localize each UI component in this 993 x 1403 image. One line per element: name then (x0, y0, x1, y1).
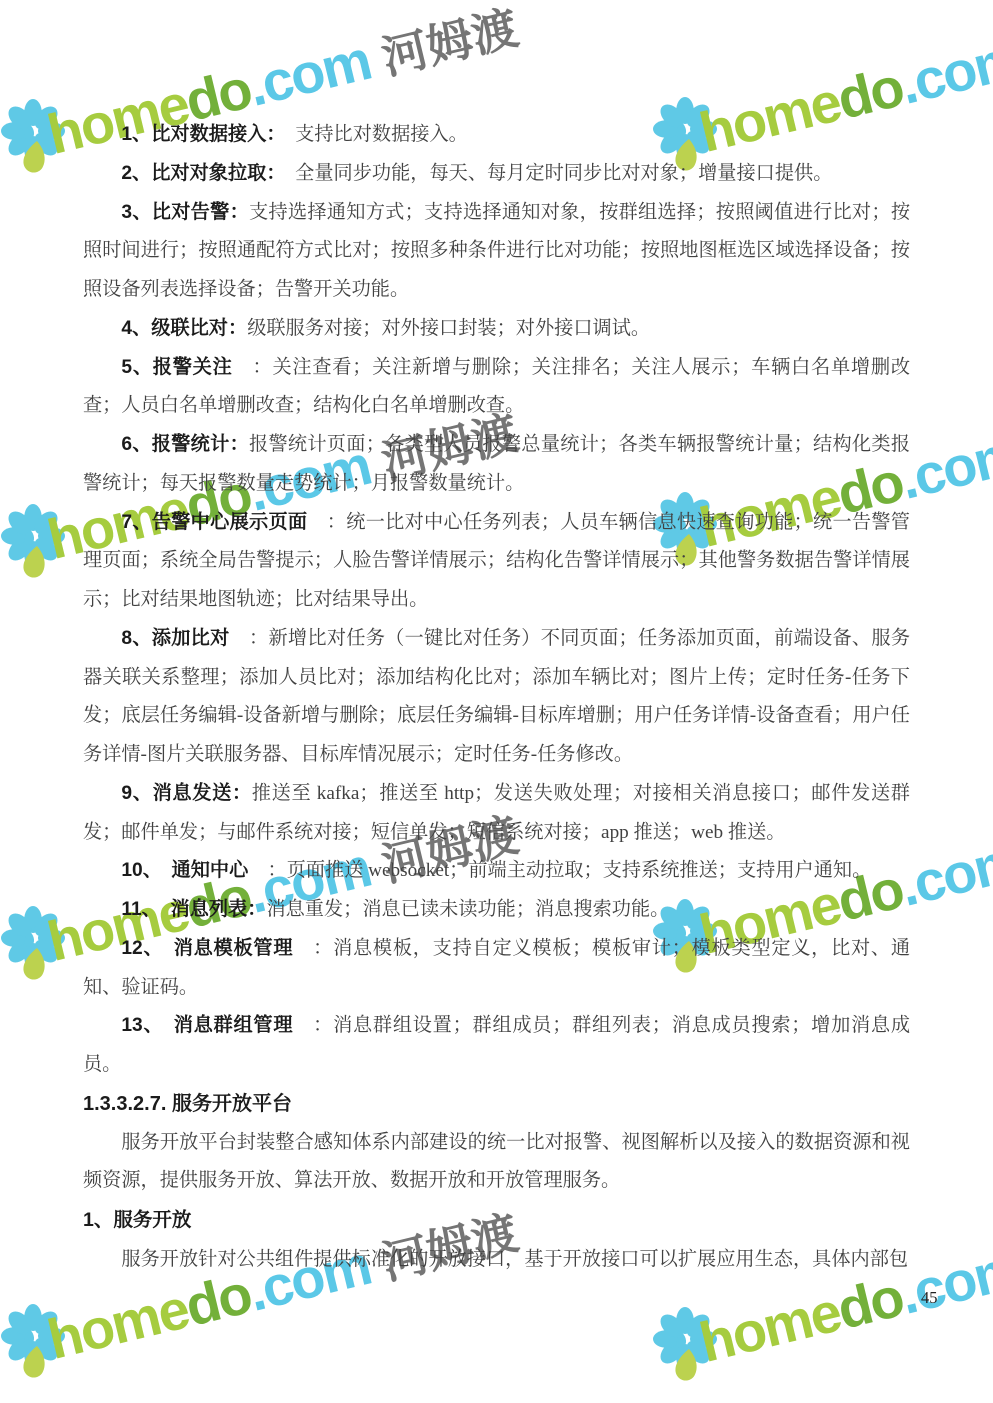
text-run: 支持比对数据接入。 (276, 124, 468, 145)
watermark-com-text: .com (894, 26, 993, 116)
bold-label: 10、 (121, 860, 152, 881)
list-item-10: 10、 通知中心 ：页面推送 websocket；前端主动拉取；支持系统推送；支… (83, 852, 910, 891)
list-item-4: 4、级联比对：级联服务对接；对外接口封装；对外接口调试。 (83, 310, 910, 349)
bold-label: 9、消息发送： (121, 783, 251, 804)
list-item-1: 1、比对数据接入： 支持比对数据接入。 (83, 116, 910, 155)
bold-label: 5、报警关注 (121, 357, 232, 378)
list-item-5: 5、报警关注 ：关注查看；关注新增与删除；关注排名；关注人展示；车辆白名单增删改… (83, 349, 910, 427)
text-run: 服务开放针对公共组件提供标准化的开放接口，基于开放接口可以扩展应用生态，具体内部… (121, 1249, 908, 1270)
bold-label: 7、告警中心展示页面 (121, 512, 307, 533)
list-item-2: 2、比对对象拉取： 全量同步功能，每天、每月定时同步比对对象；增量接口提供。 (83, 155, 910, 194)
bold-label: 4、级联比对： (121, 318, 247, 339)
text-run (154, 1015, 174, 1036)
list-item-6: 6、报警统计：报警统计页面；各类型人员报警总量统计；各类车辆报警统计量；结构化类… (83, 426, 910, 504)
list-item-8: 8、添加比对 ：新增比对任务（一键比对任务）不同页面；任务添加页面，前端设备、服… (83, 620, 910, 775)
bold-label: 2、比对对象拉取： (121, 163, 276, 184)
text-run: 消息重发；消息已读未读功能；消息搜索功能。 (266, 899, 669, 920)
list-item-3: 3、比对告警：支持选择通知方式；支持选择通知对象，按群组选择；按照阈值进行比对；… (83, 194, 910, 310)
text-run: ：页面推送 websocket；前端主动拉取；支持系统推送；支持用户通知。 (248, 860, 871, 881)
watermark-home-text: home (694, 1280, 846, 1374)
page-number: 45 (921, 1288, 938, 1308)
text-run: 全量同步功能，每天、每月定时同步比对对象；增量接口提供。 (276, 163, 832, 184)
text-run: 服务开放平台封装整合感知体系内部建设的统一比对报警、视图解析以及接入的数据资源和… (83, 1132, 910, 1192)
bold-label: 12、 (121, 938, 153, 959)
body-paragraph: 服务开放针对公共组件提供标准化的开放接口，基于开放接口可以扩展应用生态，具体内部… (83, 1241, 910, 1280)
bold-label: 6、报警统计： (121, 434, 249, 455)
section-paragraph: 服务开放平台封装整合感知体系内部建设的统一比对报警、视图解析以及接入的数据资源和… (83, 1124, 910, 1202)
watermark-cn-text: 河姆渡 (377, 1, 523, 84)
list-item-9: 9、消息发送：推送至 kafka；推送至 http；发送失败处理；对接相关消息接… (83, 775, 910, 853)
sub-heading: 1、服务开放 (83, 1201, 910, 1241)
bold-label: 1.3.3.2.7. 服务开放平台 (83, 1093, 292, 1115)
document-page: homedo.com河姆渡homedo.com河姆渡homedo.com河姆渡h… (0, 0, 993, 1403)
bold-label: 通知中心 (172, 860, 249, 881)
bold-label: 消息列表： (170, 899, 266, 920)
list-item-11: 11、 消息列表：消息重发；消息已读未读功能；消息搜索功能。 (83, 891, 910, 930)
bold-label: 消息群组管理 (174, 1015, 294, 1036)
bold-label: 消息模板管理 (174, 938, 294, 959)
bold-label: 1、比对数据接入： (121, 124, 276, 145)
bold-label: 1、服务开放 (83, 1209, 191, 1231)
bold-label: 8、添加比对 (121, 628, 229, 649)
list-item-12: 12、 消息模板管理 ：消息模板，支持自定义模板；模板审计；模板类型定义，比对、… (83, 930, 910, 1008)
text-run (152, 860, 171, 881)
section-heading: 1.3.3.2.7. 服务开放平台 (83, 1085, 910, 1124)
text-run: 级联服务对接；对外接口封装；对外接口调试。 (247, 318, 650, 339)
watermark-home-text: home (42, 1277, 194, 1371)
bold-label: 11、 (121, 899, 151, 920)
document-body: 1、比对数据接入： 支持比对数据接入。2、比对对象拉取： 全量同步功能，每天、每… (83, 116, 910, 1280)
bold-label: 13、 (121, 1015, 153, 1036)
list-item-7: 7、告警中心展示页面 ：统一比对中心任务列表；人员车辆信息快速查询功能；统一告警… (83, 504, 910, 620)
text-run (151, 899, 170, 920)
watermark-com-text: .com (242, 28, 376, 118)
list-item-13: 13、 消息群组管理 ：消息群组设置；群组成员；群组列表；消息成员搜索；增加消息… (83, 1007, 910, 1085)
bold-label: 3、比对告警： (121, 202, 249, 223)
text-run (154, 938, 174, 959)
